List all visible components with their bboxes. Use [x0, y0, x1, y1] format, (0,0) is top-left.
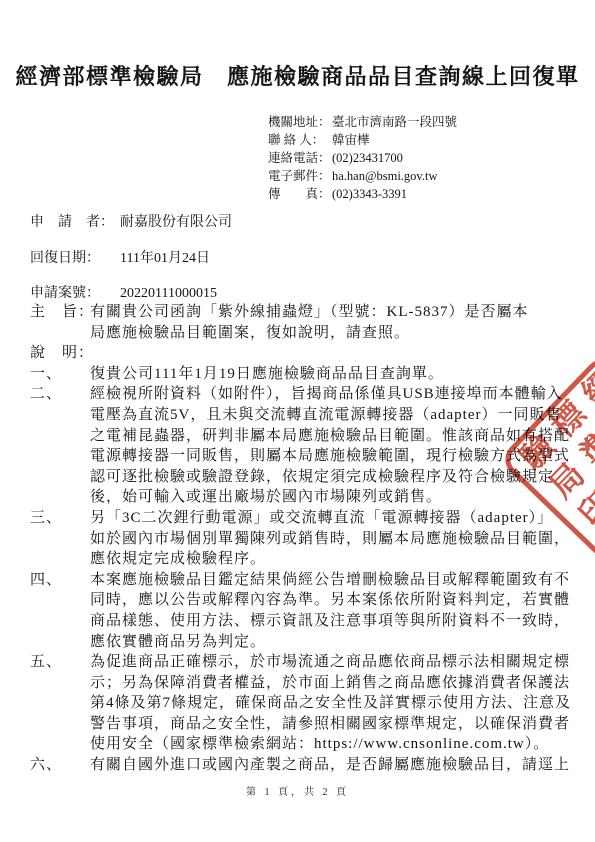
text-line: 後，始可輸入或運出廠場於國內市場陳列或銷售。	[90, 487, 570, 508]
section-text: 經檢視所附資料（如附件），旨揭商品係僅具USB連接埠而本體輸入 電壓為直流5V，…	[90, 384, 570, 508]
contact-value-fax: (02)3343-3391	[332, 187, 407, 201]
page-title: 經濟部標準檢驗局 應施檢驗商品品目查詢線上回復單	[0, 60, 595, 91]
contact-label: 機關地址：	[268, 113, 332, 131]
section-label: 說 明：	[30, 343, 90, 364]
section-text	[90, 343, 570, 364]
section-text: 為促進商品正確標示，於市場流通之商品應依商品標示法相關規定標 示；另為保障消費者…	[90, 652, 571, 755]
text-line: 電源轉接器一同販售，則屬本局應施檢驗範圍，現行檢驗方式為型式	[90, 446, 570, 467]
contact-label: 聯 絡 人：	[268, 131, 332, 149]
contact-label: 電子郵件：	[268, 167, 332, 185]
section-text: 有關貴公司函詢「紫外線捕蟲燈」（型號：KL-5837）是否屬本 局應施檢驗品目範…	[90, 302, 570, 343]
meta-row-reply-date: 回復日期：111年01月24日	[30, 247, 232, 283]
contact-row-address: 機關地址：臺北市濟南路一段四號	[268, 113, 457, 131]
text-line: 示；另為保障消費者權益，於市面上銷售之商品應依據消費者保護法	[90, 673, 571, 694]
text-line: 本案應施檢驗品目鑑定結果倘經公告增刪檢驗品目或解釋範圍致有不	[90, 570, 570, 591]
meta-value-applicant: 耐嘉股份有限公司	[120, 215, 232, 230]
section-item-4: 四、 本案應施檢驗品目鑑定結果倘經公告增刪檢驗品目或解釋範圍致有不 同時，應以公…	[30, 570, 570, 652]
section-explanation-header: 說 明：	[30, 343, 570, 364]
text-line: 同時，應以公告或解釋內容為準。另本案係依所附資料判定，若實體	[90, 590, 570, 611]
text-line: 有關貴公司函詢「紫外線捕蟲燈」（型號：KL-5837）是否屬本	[90, 302, 570, 323]
text-line: 為促進商品正確標示，於市場流通之商品應依商品標示法相關規定標	[90, 652, 571, 673]
section-text: 有關自國外進口或國內產製之商品，是否歸屬應施檢驗品目，請逕上	[90, 755, 570, 776]
section-text: 復貴公司111年1月19日應施檢驗商品品目查詢單。	[90, 364, 570, 385]
document-body: 主 旨： 有關貴公司函詢「紫外線捕蟲燈」（型號：KL-5837）是否屬本 局應施…	[30, 302, 570, 776]
section-item-1: 一、 復貴公司111年1月19日應施檢驗商品品目查詢單。	[30, 364, 570, 385]
section-label: 六、	[30, 755, 90, 776]
meta-value-reply-date: 111年01月24日	[120, 251, 210, 266]
text-line: 第4條及第7條規定，確保商品之安全性及詳實標示使用方法、注意及	[90, 693, 571, 714]
section-item-3: 三、 另「3C二次鋰行動電源」或交流轉直流「電源轉接器（adapter）」 如於…	[30, 508, 570, 570]
section-item-2: 二、 經檢視所附資料（如附件），旨揭商品係僅具USB連接埠而本體輸入 電壓為直流…	[30, 384, 570, 508]
contact-value-email: ha.han@bsmi.gov.tw	[332, 169, 437, 183]
meta-value-case-number: 20220111000015	[120, 286, 217, 301]
text-line: 經檢視所附資料（如附件），旨揭商品係僅具USB連接埠而本體輸入	[90, 384, 570, 405]
text-line: 應依實體商品另為判定。	[90, 632, 570, 653]
section-label: 主 旨：	[30, 302, 90, 323]
text-line: 如於國內市場個別單獨陳列或銷售時，則屬本局應施檢驗品目範圍，	[90, 529, 570, 550]
contact-value-address: 臺北市濟南路一段四號	[332, 115, 457, 129]
section-text: 本案應施檢驗品目鑑定結果倘經公告增刪檢驗品目或解釋範圍致有不 同時，應以公告或解…	[90, 570, 570, 652]
section-item-6: 六、 有關自國外進口或國內產製之商品，是否歸屬應施檢驗品目，請逕上	[30, 755, 570, 776]
text-line: 商品樣態、使用方法、標示資訊及注意事項等與所附資料不一致時，	[90, 611, 570, 632]
document-page: 經濟部標準檢驗局 應施檢驗商品品目查詢線上回復單 機關地址：臺北市濟南路一段四號…	[0, 0, 595, 842]
contact-value-phone: (02)23431700	[332, 151, 403, 165]
meta-label: 申 請 者：	[30, 211, 120, 231]
section-label: 二、	[30, 384, 90, 405]
text-line: 電壓為直流5V，且未與交流轉直流電源轉接器（adapter）一同販售	[90, 405, 570, 426]
contact-row-fax: 傳 真：(02)3343-3391	[268, 185, 457, 203]
text-line: 之電補昆蟲器，研判非屬本局應施檢驗品目範圍。惟該商品如有搭配	[90, 426, 570, 447]
contact-label: 連絡電話：	[268, 149, 332, 167]
section-text: 另「3C二次鋰行動電源」或交流轉直流「電源轉接器（adapter）」 如於國內市…	[90, 508, 570, 570]
text-line: 有關自國外進口或國內產製之商品，是否歸屬應施檢驗品目，請逕上	[90, 755, 570, 776]
contact-value-person: 韓宙樺	[332, 133, 370, 147]
text-line: 復貴公司111年1月19日應施檢驗商品品目查詢單。	[90, 364, 570, 385]
text-line: 使用安全（國家標準檢索網站：https://www.cnsonline.com.…	[90, 734, 571, 755]
section-label: 三、	[30, 508, 90, 529]
page-number: 第 1 頁，共 2 頁	[0, 783, 595, 798]
contact-row-person: 聯 絡 人：韓宙樺	[268, 131, 457, 149]
text-line: 認可逐批檢驗或驗證登錄，依規定須完成檢驗程序及符合檢驗規定	[90, 467, 570, 488]
contact-row-phone: 連絡電話：(02)23431700	[268, 149, 457, 167]
meta-row-applicant: 申 請 者：耐嘉股份有限公司	[30, 211, 232, 247]
contact-row-email: 電子郵件：ha.han@bsmi.gov.tw	[268, 167, 457, 185]
text-line: 應依規定完成檢驗程序。	[90, 549, 570, 570]
meta-label: 申請案號：	[30, 282, 120, 302]
text-line: 另「3C二次鋰行動電源」或交流轉直流「電源轉接器（adapter）」	[90, 508, 570, 529]
section-label: 一、	[30, 364, 90, 385]
contact-block: 機關地址：臺北市濟南路一段四號 聯 絡 人：韓宙樺 連絡電話：(02)23431…	[268, 113, 457, 203]
text-line: 警告事項，商品之安全性，請參照相關國家標準規定，以確保消費者	[90, 714, 571, 735]
meta-label: 回復日期：	[30, 247, 120, 267]
text-line: 局應施檢驗品目範圍案，復如說明，請查照。	[90, 323, 570, 344]
contact-label: 傳 真：	[268, 185, 332, 203]
section-subject: 主 旨： 有關貴公司函詢「紫外線捕蟲燈」（型號：KL-5837）是否屬本 局應施…	[30, 302, 570, 343]
section-item-5: 五、 為促進商品正確標示，於市場流通之商品應依商品標示法相關規定標 示；另為保障…	[30, 652, 570, 755]
section-label: 四、	[30, 570, 90, 591]
section-label: 五、	[30, 652, 90, 673]
